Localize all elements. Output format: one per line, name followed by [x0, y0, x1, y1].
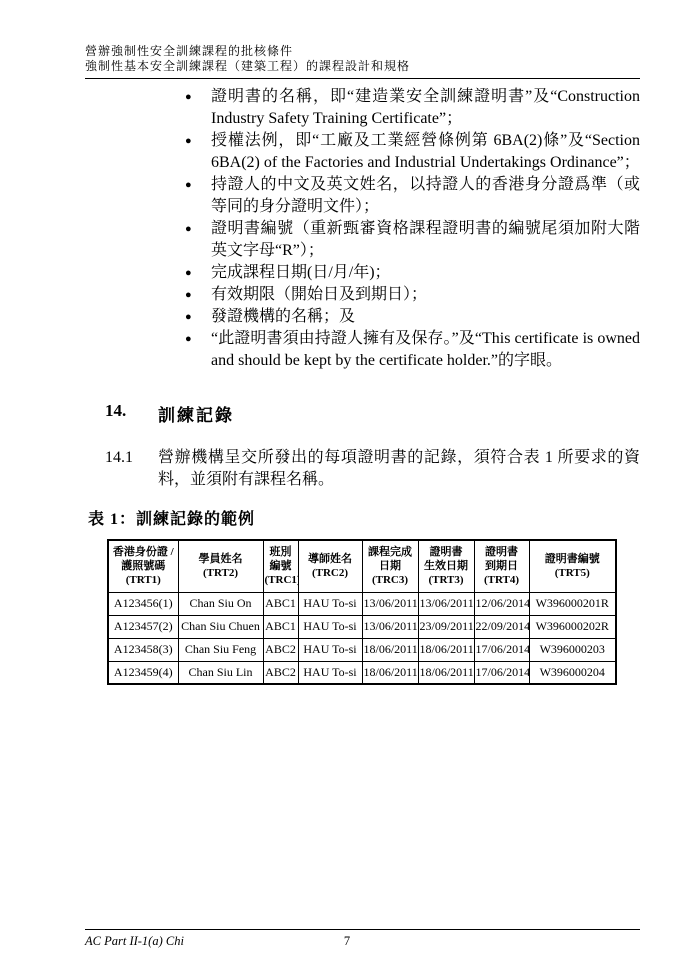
- table-cell: 17/06/2014: [474, 661, 529, 684]
- list-item-text: 證明書的名稱，即“建造業安全訓練證明書”及“Construction Indus…: [211, 86, 640, 130]
- table-cell: 13/06/2011: [418, 592, 474, 615]
- list-item-text: “此證明書須由持證人擁有及保存。”及“This certificate is o…: [211, 328, 640, 372]
- table-cell: 18/06/2011: [362, 638, 418, 661]
- clause-14-1: 14.1 營辦機構呈交所發出的每項證明書的記錄，須符合表 1 所要求的資料，並須…: [85, 447, 640, 491]
- header-line-2: 強制性基本安全訓練課程（建築工程）的課程設計和規格: [85, 59, 640, 74]
- table-cell: HAU To-si: [298, 661, 362, 684]
- list-item-text: 有效期限（開始日及到期日）；: [211, 284, 640, 306]
- table-row: A123458(3) Chan Siu Feng ABC2 HAU To-si …: [108, 638, 616, 661]
- table-cell: 23/09/2011: [418, 615, 474, 638]
- table-cell: ABC2: [263, 638, 298, 661]
- table-cell: 18/06/2011: [362, 661, 418, 684]
- column-header: 導師姓名 (TRC2): [298, 540, 362, 592]
- table-row: A123459(4) Chan Siu Lin ABC2 HAU To-si 1…: [108, 661, 616, 684]
- table-row: A123456(1) Chan Siu On ABC1 HAU To-si 13…: [108, 592, 616, 615]
- table-cell: A123457(2): [108, 615, 178, 638]
- table-cell: W396000204: [529, 661, 616, 684]
- table-cell: 22/09/2014: [474, 615, 529, 638]
- list-item-text: 持證人的中文及英文姓名，以持證人的香港身分證爲準（或等同的身分證明文件）；: [211, 174, 640, 218]
- list-item: ● “此證明書須由持證人擁有及保存。”及“This certificate is…: [185, 328, 640, 372]
- table-cell: Chan Siu Feng: [178, 638, 263, 661]
- table-cell: 17/06/2014: [474, 638, 529, 661]
- bullet-icon: ●: [185, 306, 211, 328]
- bullet-icon: ●: [185, 218, 211, 262]
- bullet-icon: ●: [185, 86, 211, 130]
- table-cell: Chan Siu Lin: [178, 661, 263, 684]
- bullet-icon: ●: [185, 284, 211, 306]
- table-cell: Chan Siu Chuen: [178, 615, 263, 638]
- list-item: ● 完成課程日期(日/月/年)；: [185, 262, 640, 284]
- list-item-text: 授權法例，即“工廠及工業經營條例第 6BA(2)條”及“Section 6BA(…: [211, 130, 640, 174]
- list-item: ● 發證機構的名稱；及: [185, 306, 640, 328]
- page-number: 7: [341, 934, 353, 949]
- table-cell: 12/06/2014: [474, 592, 529, 615]
- table-cell: ABC2: [263, 661, 298, 684]
- header-line-1: 營辦強制性安全訓練課程的批核條件: [85, 44, 640, 59]
- bullet-icon: ●: [185, 328, 211, 372]
- column-header: 證明書 到期日 (TRT4): [474, 540, 529, 592]
- list-item-text: 完成課程日期(日/月/年)；: [211, 262, 640, 284]
- table-cell: 13/06/2011: [362, 615, 418, 638]
- table-cell: A123459(4): [108, 661, 178, 684]
- list-item: ● 證明書的名稱，即“建造業安全訓練證明書”及“Construction Ind…: [185, 86, 640, 130]
- table-cell: ABC1: [263, 615, 298, 638]
- clause-text: 營辦機構呈交所發出的每項證明書的記錄，須符合表 1 所要求的資料，並須附有課程名…: [158, 447, 640, 491]
- column-header: 香港身份證 / 護照號碼 (TRT1): [108, 540, 178, 592]
- list-item: ● 授權法例，即“工廠及工業經營條例第 6BA(2)條”及“Section 6B…: [185, 130, 640, 174]
- table-cell: HAU To-si: [298, 638, 362, 661]
- list-item: ● 證明書編號（重新甄審資格課程證明書的編號尾須加附大階英文字母“R”）；: [185, 218, 640, 262]
- column-header: 班別 編號 (TRC1): [263, 540, 298, 592]
- table-cell: 13/06/2011: [362, 592, 418, 615]
- section-heading: 14. 訓練記錄: [85, 401, 640, 426]
- table-cell: A123456(1): [108, 592, 178, 615]
- running-header: 營辦強制性安全訓練課程的批核條件 強制性基本安全訓練課程（建築工程）的課程設計和…: [85, 44, 640, 79]
- table-row: A123457(2) Chan Siu Chuen ABC1 HAU To-si…: [108, 615, 616, 638]
- section-title: 訓練記錄: [158, 401, 234, 426]
- table-cell: W396000202R: [529, 615, 616, 638]
- table-cell: HAU To-si: [298, 592, 362, 615]
- list-item: ● 持證人的中文及英文姓名，以持證人的香港身分證爲準（或等同的身分證明文件）；: [185, 174, 640, 218]
- clause-number: 14.1: [105, 447, 158, 491]
- bullet-icon: ●: [185, 262, 211, 284]
- table-header-row: 香港身份證 / 護照號碼 (TRT1) 學員姓名 (TRT2) 班別 編號 (T…: [108, 540, 616, 592]
- list-item: ● 有效期限（開始日及到期日）；: [185, 284, 640, 306]
- table-cell: W396000203: [529, 638, 616, 661]
- document-page: 營辦強制性安全訓練課程的批核條件 強制性基本安全訓練課程（建築工程）的課程設計和…: [0, 0, 693, 980]
- table-cell: HAU To-si: [298, 615, 362, 638]
- column-header: 證明書 生效日期 (TRT3): [418, 540, 474, 592]
- list-item-text: 證明書編號（重新甄審資格課程證明書的編號尾須加附大階英文字母“R”）；: [211, 218, 640, 262]
- certificate-requirements-list: ● 證明書的名稱，即“建造業安全訓練證明書”及“Construction Ind…: [185, 86, 640, 372]
- list-item-text: 發證機構的名稱；及: [211, 306, 640, 328]
- bullet-icon: ●: [185, 174, 211, 218]
- running-footer: AC Part II-1(a) Chi 7: [85, 929, 640, 949]
- column-header: 學員姓名 (TRT2): [178, 540, 263, 592]
- table-cell: ABC1: [263, 592, 298, 615]
- document-reference: AC Part II-1(a) Chi: [85, 934, 184, 948]
- table-cell: Chan Siu On: [178, 592, 263, 615]
- table-cell: A123458(3): [108, 638, 178, 661]
- table-cell: 18/06/2011: [418, 638, 474, 661]
- bullet-icon: ●: [185, 130, 211, 174]
- section-number: 14.: [105, 401, 158, 426]
- table-cell: W396000201R: [529, 592, 616, 615]
- table-caption: 表 1：訓練記錄的範例: [88, 506, 640, 529]
- column-header: 證明書編號 (TRT5): [529, 540, 616, 592]
- table-cell: 18/06/2011: [418, 661, 474, 684]
- column-header: 課程完成 日期 (TRC3): [362, 540, 418, 592]
- training-records-table: 香港身份證 / 護照號碼 (TRT1) 學員姓名 (TRT2) 班別 編號 (T…: [107, 539, 617, 685]
